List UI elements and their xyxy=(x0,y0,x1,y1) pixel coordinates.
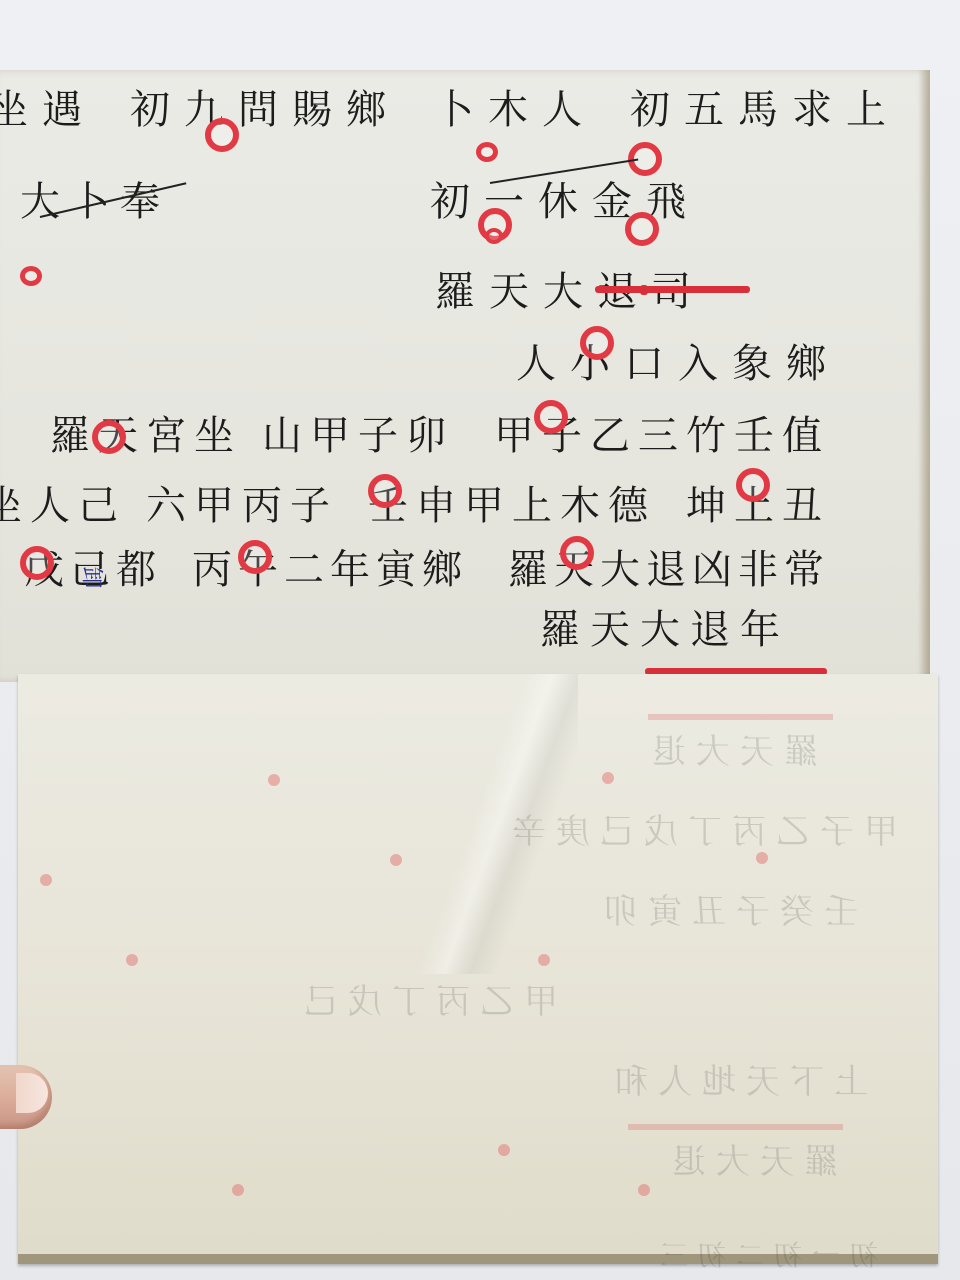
thumbnail xyxy=(16,1073,48,1113)
manuscript-column-8: 羅天大退年 xyxy=(540,598,790,655)
text-segment: 大卜奉 xyxy=(20,170,170,227)
pen-annotation: 卸 xyxy=(78,566,109,588)
manuscript-page-bottom: 羅天大退 甲子乙丙丁戊己庚辛 壬癸子丑寅卯 甲乙丙丁戊己 上下天地人和 羅天大退… xyxy=(18,674,938,1264)
text-segment: 羅天大退年 xyxy=(540,598,790,655)
text-segment: 六甲丙子 xyxy=(146,474,338,531)
bleed-red-dot xyxy=(498,1144,510,1156)
text-segment: 羅天宮坐 xyxy=(50,404,242,461)
text-segment: 山甲子卯 xyxy=(262,404,454,461)
red-circle-mark xyxy=(238,540,272,574)
red-circle-mark xyxy=(560,536,594,570)
manuscript-column-4: 人小口入象鄉 xyxy=(516,332,840,389)
bleed-red-line xyxy=(628,1124,843,1130)
bleed-through-text: 壬癸子丑寅卯 xyxy=(594,884,858,933)
red-circle-mark xyxy=(534,400,568,434)
manuscript-column-7: 羅天大退凶非常 丙午二年寅鄉 戊己都 xyxy=(24,538,830,595)
text-segment: 十一坐遇 xyxy=(0,78,96,135)
red-circle-mark xyxy=(625,212,659,246)
bleed-red-dot xyxy=(40,874,52,886)
text-segment: 卜木人 xyxy=(434,78,596,135)
bleed-through-text: 初一初二初三 xyxy=(650,1234,878,1274)
manuscript-column-5: 甲子乙三竹壬值 山甲子卯 羅天宮坐 xyxy=(50,404,830,461)
bleed-red-dot xyxy=(602,772,614,784)
red-circle-mark xyxy=(368,474,402,508)
text-segment: 丙午二年寅鄉 xyxy=(192,538,468,595)
red-circle-mark xyxy=(20,266,42,286)
bleed-red-dot xyxy=(538,954,550,966)
bleed-red-dot xyxy=(756,852,768,864)
red-circle-mark xyxy=(92,420,126,454)
manuscript-column-6: 坤上丑 壬申甲上木德 六甲丙子 坐人己 xyxy=(0,474,830,531)
manuscript-column-1: 初五馬求上 卜木人 初九問賜鄉 十一坐遇 xyxy=(0,78,900,135)
bleed-red-dot xyxy=(268,774,280,786)
bleed-red-dot xyxy=(390,854,402,866)
red-circle-mark xyxy=(485,228,503,244)
bleed-red-dot xyxy=(232,1184,244,1196)
bleed-through-text: 羅天大退 xyxy=(662,1134,838,1183)
bleed-through-text: 甲乙丙丁戊己 xyxy=(294,974,558,1023)
text-segment: 初九問賜鄉 xyxy=(130,78,400,135)
text-segment: 人小口入象鄉 xyxy=(516,332,840,389)
bleed-through-text: 上下天地人和 xyxy=(604,1054,868,1103)
red-circle-mark xyxy=(20,546,54,580)
red-circle-mark xyxy=(205,118,239,152)
bleed-red-dot xyxy=(638,1184,650,1196)
red-circle-mark xyxy=(580,326,614,360)
manuscript-page-top: 初五馬求上 卜木人 初九問賜鄉 十一坐遇 初一休金飛 大卜奉 羅天大退司 人小口… xyxy=(0,70,930,682)
text-segment: 坐人己 xyxy=(0,474,126,531)
red-circle-mark xyxy=(736,468,770,502)
text-segment: 初一休金飛 xyxy=(430,170,700,227)
red-circle-mark xyxy=(476,142,498,162)
text-segment: 壬申甲上木德 xyxy=(368,474,656,531)
text-segment: 羅天大退凶非常 xyxy=(508,538,830,595)
bleed-red-line xyxy=(648,714,833,720)
text-segment: 初五馬求上 xyxy=(630,78,900,135)
red-underline xyxy=(640,285,648,295)
bleed-red-dot xyxy=(126,954,138,966)
red-underline xyxy=(595,286,750,293)
bleed-through-text: 甲子乙丙丁戊己庚辛 xyxy=(502,804,898,853)
bleed-through-text: 羅天大退 xyxy=(642,724,818,773)
